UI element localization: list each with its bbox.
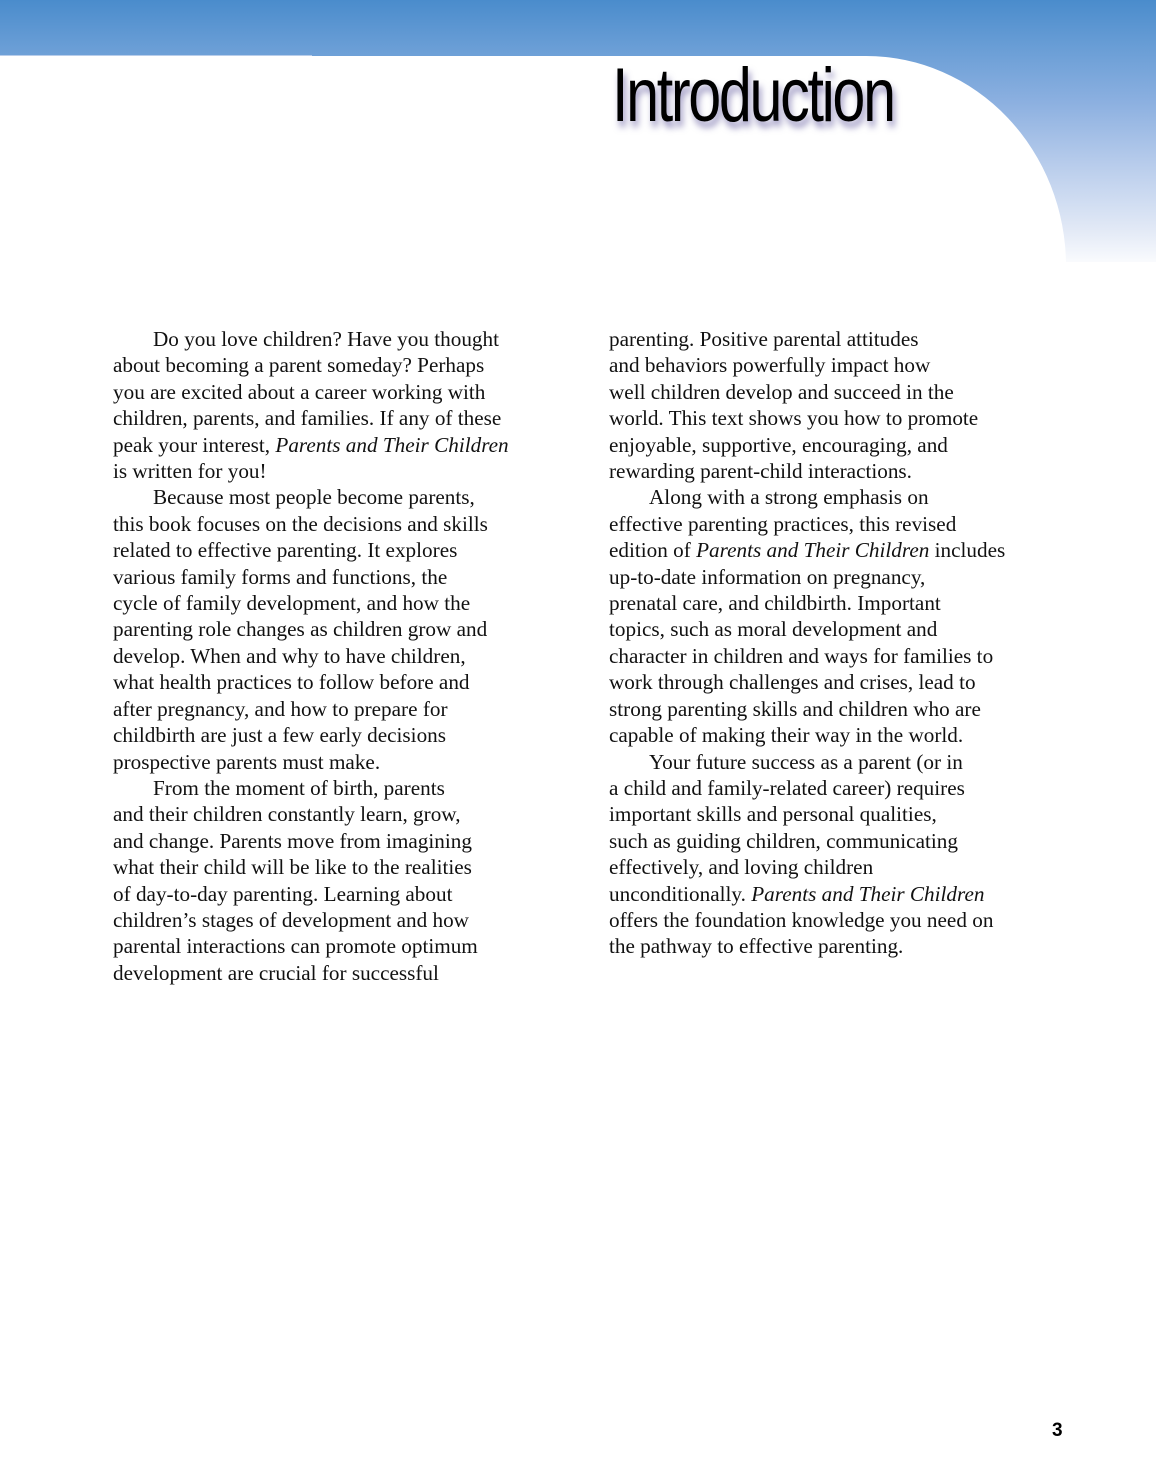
- left-column: Do you love children? Have you thoughtab…: [113, 326, 573, 986]
- text-line: rewarding parent-child interactions.: [609, 458, 1069, 484]
- text-line: you are excited about a career working w…: [113, 379, 573, 405]
- text-run: unconditionally.: [609, 882, 751, 906]
- text-line: Because most people become parents,: [113, 484, 573, 510]
- text-line: effective parenting practices, this revi…: [609, 511, 1069, 537]
- text-line: Along with a strong emphasis on: [609, 484, 1069, 510]
- text-line: character in children and ways for famil…: [609, 643, 1069, 669]
- text-line: of day-to-day parenting. Learning about: [113, 881, 573, 907]
- text-line: such as guiding children, communicating: [609, 828, 1069, 854]
- text-line: offers the foundation knowledge you need…: [609, 907, 1069, 933]
- text-line: parenting. Positive parental attitudes: [609, 326, 1069, 352]
- body-paragraph: Because most people become parents,this …: [113, 484, 573, 774]
- text-line: world. This text shows you how to promot…: [609, 405, 1069, 431]
- text-line: childbirth are just a few early decision…: [113, 722, 573, 748]
- body-paragraph: Along with a strong emphasis oneffective…: [609, 484, 1069, 748]
- text-line: Your future success as a parent (or in: [609, 749, 1069, 775]
- text-line: develop. When and why to have children,: [113, 643, 573, 669]
- text-line: edition of Parents and Their Children in…: [609, 537, 1069, 563]
- text-line: parental interactions can promote optimu…: [113, 933, 573, 959]
- text-line: Do you love children? Have you thought: [113, 326, 573, 352]
- text-line: prenatal care, and childbirth. Important: [609, 590, 1069, 616]
- text-line: children, parents, and families. If any …: [113, 405, 573, 431]
- book-title-italic: Parents and Their Children: [275, 433, 508, 457]
- text-line: and change. Parents move from imagining: [113, 828, 573, 854]
- body-paragraph: parenting. Positive parental attitudesan…: [609, 326, 1069, 484]
- text-line: up-to-date information on pregnancy,: [609, 564, 1069, 590]
- text-line: what their child will be like to the rea…: [113, 854, 573, 880]
- text-line: various family forms and functions, the: [113, 564, 573, 590]
- text-line: development are crucial for successful: [113, 960, 573, 986]
- text-line: enjoyable, supportive, encouraging, and: [609, 432, 1069, 458]
- text-line: the pathway to effective parenting.: [609, 933, 1069, 959]
- text-line: this book focuses on the decisions and s…: [113, 511, 573, 537]
- text-line: related to effective parenting. It explo…: [113, 537, 573, 563]
- text-line: children’s stages of development and how: [113, 907, 573, 933]
- text-line: effectively, and loving children: [609, 854, 1069, 880]
- text-line: topics, such as moral development and: [609, 616, 1069, 642]
- text-run: peak your interest,: [113, 433, 275, 457]
- text-line: cycle of family development, and how the: [113, 590, 573, 616]
- text-line: important skills and personal qualities,: [609, 801, 1069, 827]
- text-line: prospective parents must make.: [113, 749, 573, 775]
- text-line: well children develop and succeed in the: [609, 379, 1069, 405]
- body-paragraph: Do you love children? Have you thoughtab…: [113, 326, 573, 484]
- text-run: edition of: [609, 538, 696, 562]
- document-page: Introduction Do you love children? Have …: [0, 0, 1156, 1479]
- text-line: is written for you!: [113, 458, 573, 484]
- text-line: parenting role changes as children grow …: [113, 616, 573, 642]
- text-line: work through challenges and crises, lead…: [609, 669, 1069, 695]
- text-line: and behaviors powerfully impact how: [609, 352, 1069, 378]
- text-line: after pregnancy, and how to prepare for: [113, 696, 573, 722]
- header-panel-fill: [0, 262, 1156, 322]
- body-paragraph: From the moment of birth, parentsand the…: [113, 775, 573, 986]
- text-line: and their children constantly learn, gro…: [113, 801, 573, 827]
- text-line: about becoming a parent someday? Perhaps: [113, 352, 573, 378]
- text-line: unconditionally. Parents and Their Child…: [609, 881, 1069, 907]
- right-column: parenting. Positive parental attitudesan…: [609, 326, 1069, 960]
- text-line: strong parenting skills and children who…: [609, 696, 1069, 722]
- body-paragraph: Your future success as a parent (or ina …: [609, 749, 1069, 960]
- book-title-italic: Parents and Their Children: [751, 882, 984, 906]
- book-title-italic: Parents and Their Children: [696, 538, 929, 562]
- text-line: capable of making their way in the world…: [609, 722, 1069, 748]
- text-line: a child and family-related career) requi…: [609, 775, 1069, 801]
- text-run: includes: [929, 538, 1005, 562]
- text-line: what health practices to follow before a…: [113, 669, 573, 695]
- text-line: peak your interest, Parents and Their Ch…: [113, 432, 573, 458]
- page-title: Introduction: [612, 58, 894, 134]
- text-line: From the moment of birth, parents: [113, 775, 573, 801]
- page-number: 3: [1052, 1420, 1063, 1442]
